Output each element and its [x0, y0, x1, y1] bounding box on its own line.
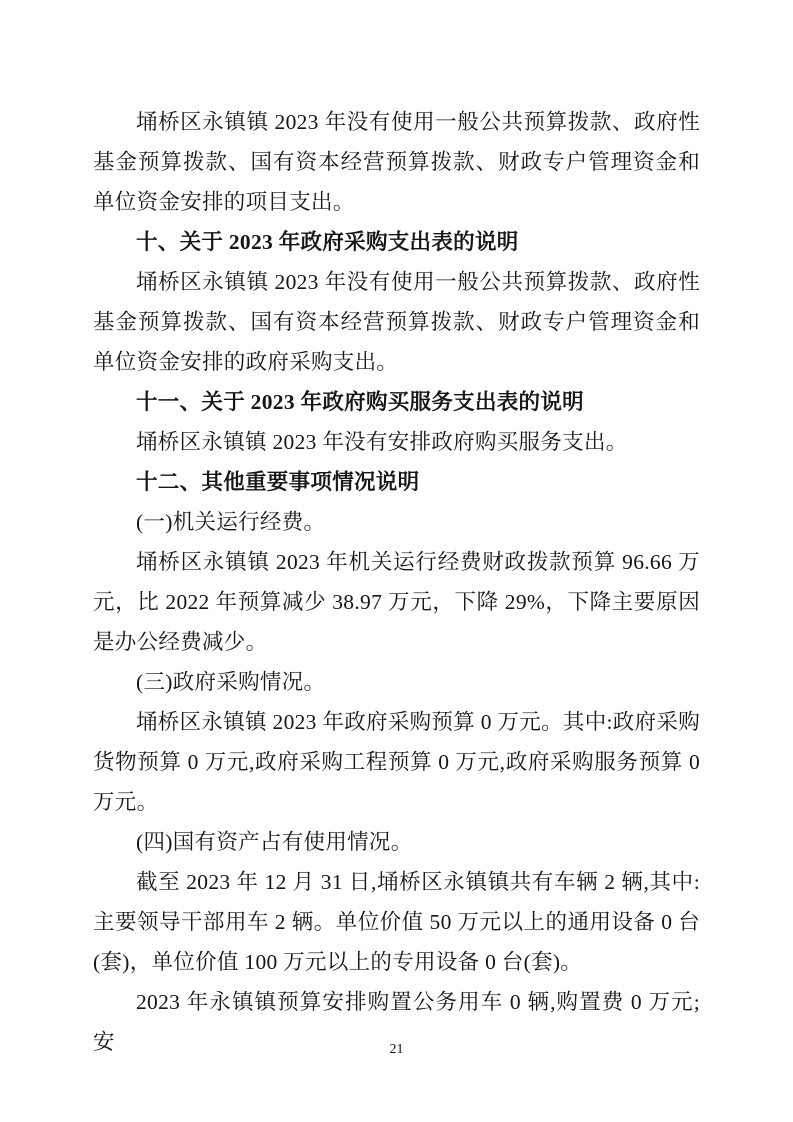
- label-item-1-operating-funds: (一)机关运行经费。: [93, 502, 700, 542]
- paragraph-operating-funds-detail: 埇桥区永镇镇 2023 年机关运行经费财政拨款预算 96.66 万元，比 202…: [93, 542, 700, 662]
- heading-section-12-other-matters: 十二、其他重要事项情况说明: [93, 462, 700, 502]
- paragraph-no-purchased-services: 埇桥区永镇镇 2023 年没有安排政府购买服务支出。: [93, 422, 700, 462]
- paragraph-vehicles-equipment-detail: 截至 2023 年 12 月 31 日,埇桥区永镇镇共有车辆 2 辆,其中:主要…: [93, 862, 700, 982]
- paragraph-no-project-expense: 埇桥区永镇镇 2023 年没有使用一般公共预算拨款、政府性基金预算拨款、国有资本…: [93, 102, 700, 222]
- heading-section-11-purchased-services: 十一、关于 2023 年政府购买服务支出表的说明: [93, 382, 700, 422]
- page-number: 21: [0, 1041, 793, 1059]
- heading-section-10-gov-procurement: 十、关于 2023 年政府采购支出表的说明: [93, 222, 700, 262]
- paragraph-procurement-budget-detail: 埇桥区永镇镇 2023 年政府采购预算 0 万元。其中:政府采购货物预算 0 万…: [93, 702, 700, 822]
- label-item-3-procurement-status: (三)政府采购情况。: [93, 662, 700, 702]
- document-page: 埇桥区永镇镇 2023 年没有使用一般公共预算拨款、政府性基金预算拨款、国有资本…: [0, 0, 793, 1122]
- document-body: 埇桥区永镇镇 2023 年没有使用一般公共预算拨款、政府性基金预算拨款、国有资本…: [93, 102, 700, 1062]
- paragraph-no-gov-procurement: 埇桥区永镇镇 2023 年没有使用一般公共预算拨款、政府性基金预算拨款、国有资本…: [93, 262, 700, 382]
- label-item-4-state-assets: (四)国有资产占有使用情况。: [93, 822, 700, 862]
